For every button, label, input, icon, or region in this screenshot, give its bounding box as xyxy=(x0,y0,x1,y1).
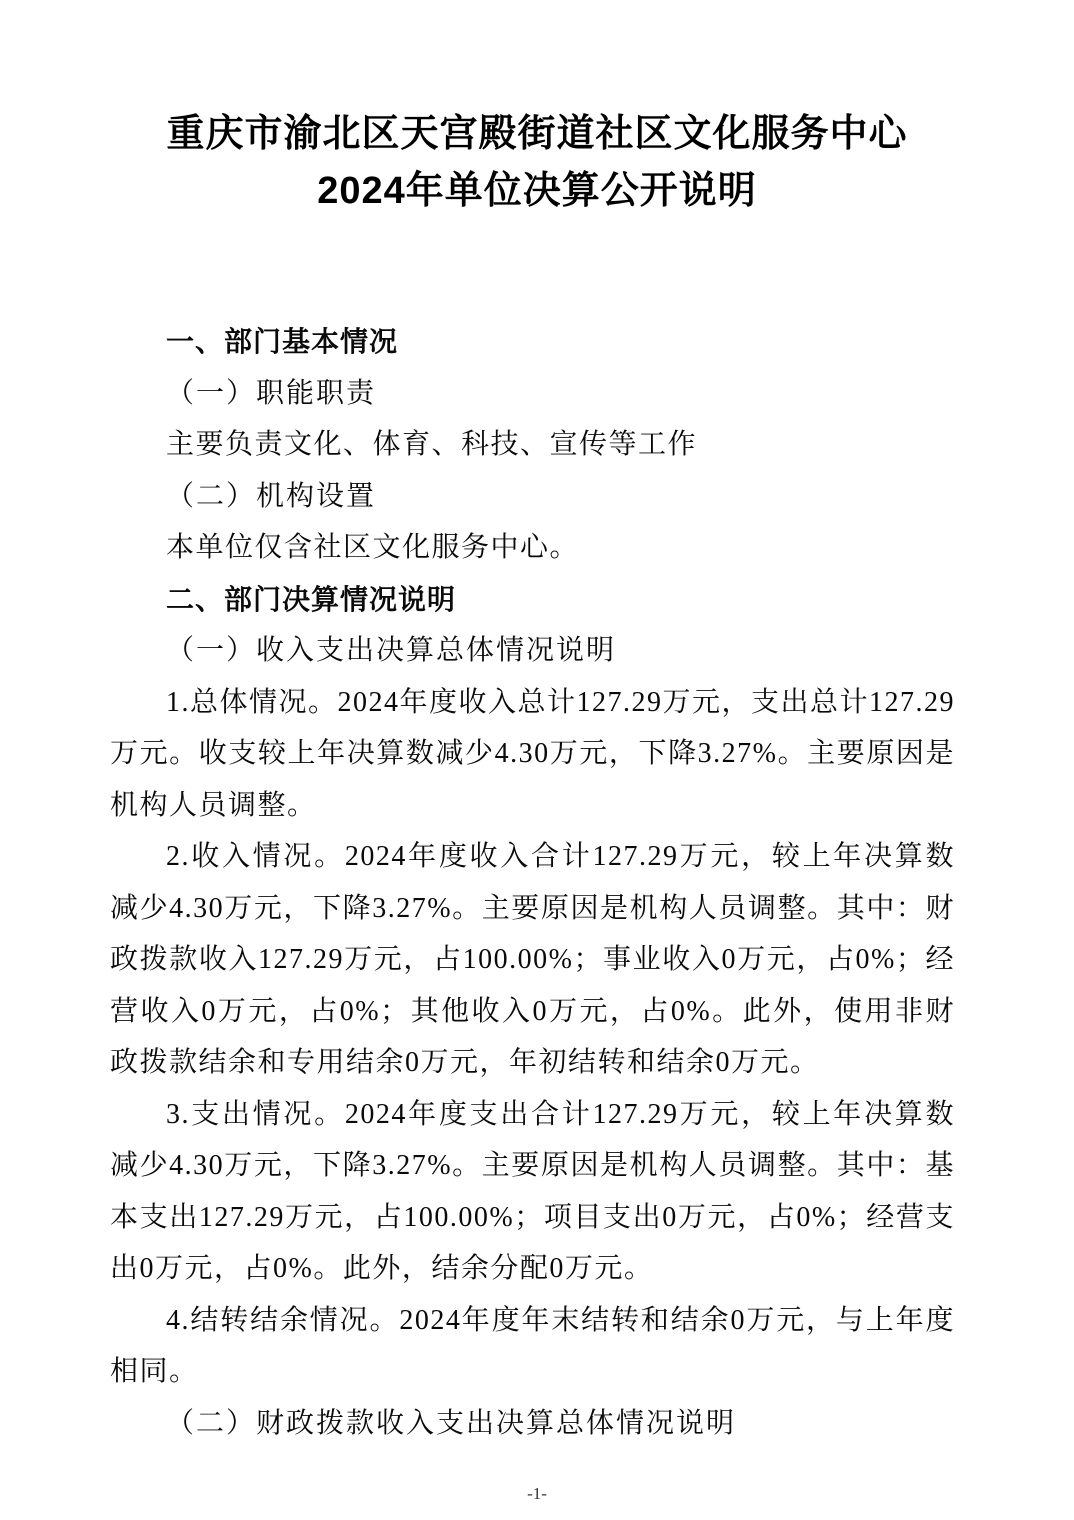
body-paragraph: 2.收入情况。2024年度收入合计127.29万元，较上年决算数减少4.30万元… xyxy=(110,831,955,1089)
section-heading: 一、部门基本情况 xyxy=(110,316,955,368)
subsection-heading: （二）机构设置 xyxy=(110,471,955,523)
document-page: 重庆市渝北区天宫殿街道社区文化服务中心 2024年单位决算公开说明 一、部门基本… xyxy=(0,0,1074,1520)
document-title-line-1: 重庆市渝北区天宫殿街道社区文化服务中心 xyxy=(166,113,907,155)
body-paragraph: 本单位仅含社区文化服务中心。 xyxy=(110,522,955,574)
document-title-line-2: 2024年单位决算公开说明 xyxy=(317,170,757,212)
page-number: -1- xyxy=(0,1484,1074,1504)
section-heading: 二、部门决算情况说明 xyxy=(110,574,955,626)
subsection-heading: （一）收入支出决算总体情况说明 xyxy=(110,625,955,677)
body-paragraph: 4.结转结余情况。2024年度年末结转和结余0万元，与上年度相同。 xyxy=(110,1295,955,1398)
document-body: 一、部门基本情况 （一）职能职责 主要负责文化、体育、科技、宣传等工作 （二）机… xyxy=(0,316,1074,1449)
body-paragraph: 主要负责文化、体育、科技、宣传等工作 xyxy=(110,419,955,471)
subsection-heading: （二）财政拨款收入支出决算总体情况说明 xyxy=(110,1398,955,1450)
body-paragraph: 1.总体情况。2024年度收入总计127.29万元，支出总计127.29万元。收… xyxy=(110,677,955,832)
subsection-heading: （一）职能职责 xyxy=(110,368,955,420)
document-title: 重庆市渝北区天宫殿街道社区文化服务中心 2024年单位决算公开说明 xyxy=(0,0,1074,220)
body-paragraph: 3.支出情况。2024年度支出合计127.29万元，较上年决算数减少4.30万元… xyxy=(110,1089,955,1295)
